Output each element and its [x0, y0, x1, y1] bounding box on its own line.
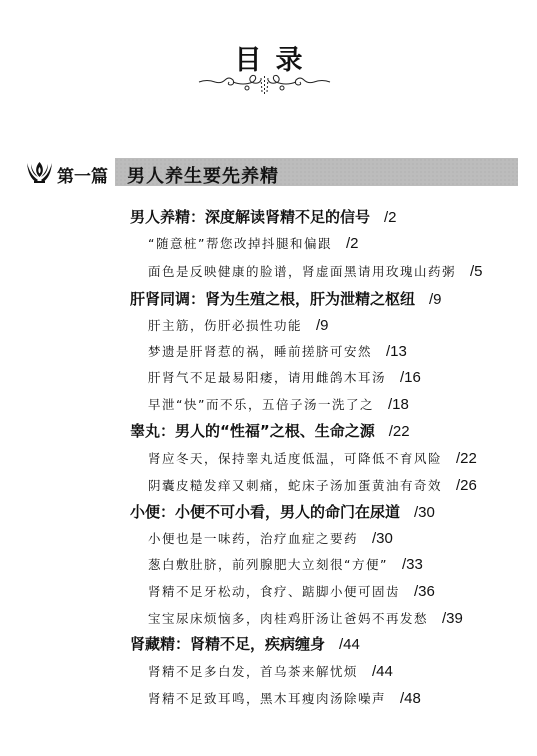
toc-page-number: /13 [386, 343, 407, 360]
toc-page-number: /48 [400, 690, 421, 707]
toc-chapter[interactable]: 肾藏精：肾精不足，疾病缠身/44 [130, 633, 360, 654]
toc-entry-text: “随意桩”帮您改掉抖腿和偏跟 [148, 236, 332, 251]
toc-page-number: /9 [316, 317, 329, 334]
lotus-icon [26, 160, 53, 184]
toc-section[interactable]: 肝肾气不足最易阳痿，请用雌鸽木耳汤/16 [148, 368, 421, 386]
toc-chapter[interactable]: 小便：小便不可小看，男人的命门在尿道/30 [130, 501, 435, 522]
toc-section[interactable]: 早泄“快”而不乐，五倍子汤一洗了之/18 [148, 395, 409, 413]
toc-page-number: /30 [372, 530, 393, 547]
toc-entry-text: 葱白敷肚脐，前列腺肥大立刻很“方便” [148, 557, 388, 572]
toc-entry-text: 男人养精：深度解读肾精不足的信号 [130, 208, 370, 226]
toc-section[interactable]: 宝宝尿床烦恼多，肉桂鸡肝汤让爸妈不再发愁/39 [148, 609, 463, 627]
toc-page-number: /18 [388, 396, 409, 413]
toc-page-number: /33 [402, 556, 423, 573]
part-heading: 第一篇 男人养生要先养精 [26, 158, 506, 186]
toc-entry-text: 肝肾气不足最易阳痿，请用雌鸽木耳汤 [148, 370, 386, 385]
toc-section[interactable]: 面色是反映健康的脸谱，肾虚面黑请用玫瑰山药粥/5 [148, 262, 483, 280]
toc-page-number: /44 [372, 663, 393, 680]
toc-entry-text: 肾藏精：肾精不足，疾病缠身 [130, 635, 325, 653]
toc-section[interactable]: 小便也是一味药，治疗血症之要药/30 [148, 529, 393, 547]
toc-page-number: /39 [442, 610, 463, 627]
toc-entry-text: 肾精不足致耳鸣，黑木耳瘦肉汤除噪声 [148, 691, 386, 706]
toc-page-number: /5 [470, 263, 483, 280]
toc-page-number: /36 [414, 583, 435, 600]
toc-entry-text: 小便也是一味药，治疗血症之要药 [148, 531, 358, 546]
toc-entry-text: 肾应冬天，保持睾丸适度低温，可降低不育风险 [148, 451, 442, 466]
toc-chapter[interactable]: 睾丸：男人的“性福”之根、生命之源/22 [130, 420, 410, 441]
toc-entry-text: 肝主筋，伤肝必损性功能 [148, 318, 302, 333]
toc-entry-text: 梦遗是肝肾惹的祸，睡前搓脐可安然 [148, 344, 372, 359]
toc-page-number: /2 [346, 235, 359, 252]
toc-entry-text: 早泄“快”而不乐，五倍子汤一洗了之 [148, 397, 374, 412]
toc-entry-text: 小便：小便不可小看，男人的命门在尿道 [130, 503, 400, 521]
toc-section[interactable]: 葱白敷肚脐，前列腺肥大立刻很“方便”/33 [148, 555, 423, 573]
toc-page-number: /26 [456, 477, 477, 494]
toc-chapter[interactable]: 男人养精：深度解读肾精不足的信号/2 [130, 206, 397, 227]
toc-section[interactable]: “随意桩”帮您改掉抖腿和偏跟/2 [148, 234, 358, 252]
toc-entry-text: 阴囊皮糙发痒又刺痛，蛇床子汤加蛋黄油有奇效 [148, 478, 442, 493]
toc-entry-text: 肾精不足牙松动，食疗、踮脚小便可固齿 [148, 584, 400, 599]
toc-section[interactable]: 肝主筋，伤肝必损性功能/9 [148, 316, 329, 334]
toc-entry-text: 肾精不足多白发，首乌茶来解忧烦 [148, 664, 358, 679]
part-number: 第一篇 [57, 162, 108, 187]
toc-page-number: /44 [339, 636, 360, 653]
toc-section[interactable]: 肾精不足牙松动，食疗、踮脚小便可固齿/36 [148, 582, 435, 600]
toc-page-number: /22 [389, 423, 410, 440]
part-title-bar: 男人养生要先养精 [115, 158, 518, 186]
toc-section[interactable]: 肾精不足致耳鸣，黑木耳瘦肉汤除噪声/48 [148, 689, 421, 707]
toc-entry-text: 宝宝尿床烦恼多，肉桂鸡肝汤让爸妈不再发愁 [148, 611, 428, 626]
part-title: 男人养生要先养精 [127, 162, 279, 188]
toc-entry-text: 面色是反映健康的脸谱，肾虚面黑请用玫瑰山药粥 [148, 264, 456, 279]
toc-section[interactable]: 肾应冬天，保持睾丸适度低温，可降低不育风险/22 [148, 449, 477, 467]
toc-section[interactable]: 阴囊皮糙发痒又刺痛，蛇床子汤加蛋黄油有奇效/26 [148, 476, 477, 494]
toc-page-number: /30 [414, 504, 435, 521]
toc-section[interactable]: 肾精不足多白发，首乌茶来解忧烦/44 [148, 662, 393, 680]
toc-page-number: /16 [400, 369, 421, 386]
toc-page-number: /9 [429, 291, 442, 308]
decorative-flourish-icon [197, 70, 332, 96]
toc-chapter[interactable]: 肝肾同调：肾为生殖之根，肝为泄精之枢纽/9 [130, 288, 442, 309]
toc-section[interactable]: 梦遗是肝肾惹的祸，睡前搓脐可安然/13 [148, 342, 407, 360]
toc-page-number: /2 [384, 209, 397, 226]
toc-entry-text: 睾丸：男人的“性福”之根、生命之源 [130, 422, 375, 440]
toc-page-number: /22 [456, 450, 477, 467]
toc-entry-text: 肝肾同调：肾为生殖之根，肝为泄精之枢纽 [130, 290, 415, 308]
